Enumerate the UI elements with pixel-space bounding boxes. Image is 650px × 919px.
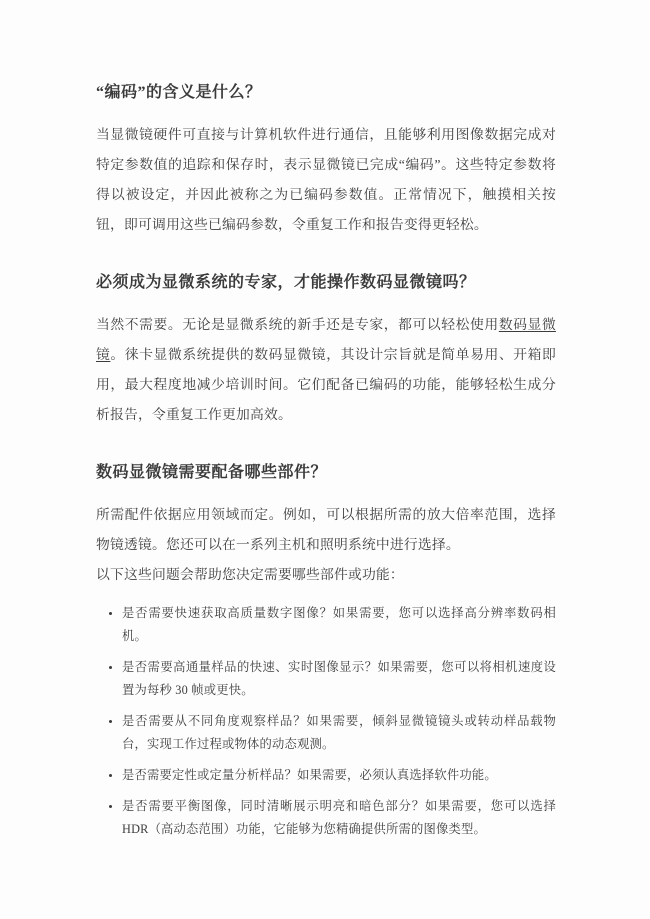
question-list: 是否需要快速获取高质量数字图像？如果需要，您可以选择高分辨率数码相机。 是否需要…	[96, 602, 556, 841]
section-coding-meaning: “编码”的含义是什么？ 当显微镜硬件可直接与计算机软件进行通信，且能够利用图像数…	[96, 82, 556, 240]
section-heading: “编码”的含义是什么？	[96, 82, 556, 104]
section-heading: 数码显微镜需要配备哪些部件？	[96, 462, 556, 484]
paragraph-text-after-link: 。徕卡显微系统提供的数码显微镜，其设计宗旨就是简单易用、开箱即用，最大程度地减少…	[96, 347, 556, 422]
section-expert-needed: 必须成为显微系统的专家，才能操作数码显微镜吗？ 当然不需要。无论是显微系统的新手…	[96, 272, 556, 430]
list-item: 是否需要定性或定量分析样品？如果需要，必须认真选择软件功能。	[122, 764, 556, 787]
list-item: 是否需要快速获取高质量数字图像？如果需要，您可以选择高分辨率数码相机。	[122, 602, 556, 648]
section-required-components: 数码显微镜需要配备哪些部件？ 所需配件依据应用领域而定。例如，可以根据所需的放大…	[96, 462, 556, 841]
section-heading: 必须成为显微系统的专家，才能操作数码显微镜吗？	[96, 272, 556, 294]
list-item: 是否需要平衡图像，同时清晰展示明亮和暗色部分？如果需要，您可以选择 HDR（高动…	[122, 795, 556, 841]
paragraph: 当显微镜硬件可直接与计算机软件进行通信，且能够利用图像数据完成对特定参数值的追踪…	[96, 120, 556, 240]
paragraph: 所需配件依据应用领域而定。例如，可以根据所需的放大倍率范围，选择物镜透镜。您还可…	[96, 500, 556, 560]
paragraph-text-before-link: 当然不需要。无论是显微系统的新手还是专家，都可以轻松使用	[96, 317, 499, 332]
document-page: “编码”的含义是什么？ 当显微镜硬件可直接与计算机软件进行通信，且能够利用图像数…	[0, 0, 650, 919]
paragraph: 当然不需要。无论是显微系统的新手还是专家，都可以轻松使用数码显微镜。徕卡显微系统…	[96, 310, 556, 430]
list-item: 是否需要从不同角度观察样品？如果需要，倾斜显微镜镜头或转动样品载物台，实现工作过…	[122, 710, 556, 756]
list-intro: 以下这些问题会帮助您决定需要哪些部件或功能：	[96, 560, 556, 590]
list-item: 是否需要高通量样品的快速、实时图像显示？如果需要，您可以将相机速度设置为每秒 3…	[122, 656, 556, 702]
